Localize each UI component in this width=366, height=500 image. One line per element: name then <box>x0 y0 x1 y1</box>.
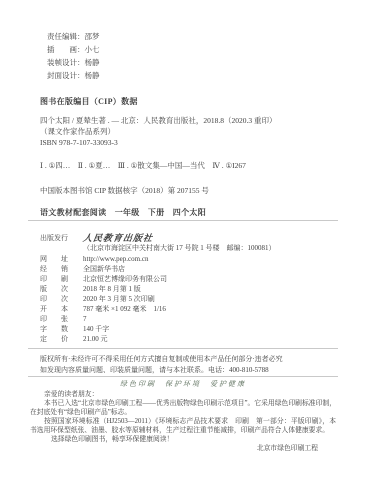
publication-value: 全国新华书店 <box>83 264 125 274</box>
green-printing-slogan: 绿色印刷 保护环境 爱护健康 <box>0 379 366 389</box>
publication-row-format: 开 本 787 毫米 ×1 092 毫米 1/16 <box>40 304 338 314</box>
divider <box>28 376 338 377</box>
publication-block: 出版发行 人民教育出版社 （北京市海淀区中关村南大街 17 号院 1 号楼 邮编… <box>40 233 338 344</box>
copyright-notice: 版权所有·未经许可不得采用任何方式擅自复制或使用本产品任何部分·违者必究 如发现… <box>40 354 336 376</box>
copyright-page: 责任编辑：邵梦 插 画：小七 装帧设计：杨静 封面设计：杨静 图书在版编目（CI… <box>0 0 366 500</box>
publication-value: 7 <box>83 314 87 324</box>
publication-label: 开 本 <box>40 304 74 314</box>
green-printing-notice: 亲爱的读者朋友： 本书已入选“北京市绿色印刷工程——优秀出版物绿色印刷示范项目”… <box>30 390 336 453</box>
publisher-logo: 人民教育出版社 <box>82 233 153 243</box>
publication-row-sheets: 印 张 7 <box>40 314 338 324</box>
publication-label: 网 址 <box>40 254 74 264</box>
notice-salutation: 亲爱的读者朋友： <box>30 390 336 399</box>
publication-label: 字 数 <box>40 324 74 334</box>
publication-value: 2020 年 3 月第 5 次印刷 <box>83 294 155 304</box>
notice-signature: 北京市绿色印刷工程 <box>30 444 336 453</box>
publication-row-wordcount: 字 数 140 千字 <box>40 324 338 334</box>
notice-paragraph-2: 按照国家环境标准（HJ2503—2011）《环境标志产品技术要求 印刷 第一部分… <box>30 417 336 435</box>
credit-line-illustrator: 插 画：小七 <box>47 43 100 56</box>
cip-block: 四个太阳 / 夏辇生著 . — 北京：人民教育出版社，2018.8（2020.3… <box>40 115 336 148</box>
publication-value: 北京恒艺博缘印务有限公司 <box>83 274 167 284</box>
cip-classification: Ⅰ . ①四… Ⅱ . ①夏… Ⅲ . ①散文集—中国—当代 Ⅳ . ①I267 <box>40 160 336 171</box>
publication-row-website: 网 址 http://www.pep.com.cn <box>40 254 338 264</box>
credit-line-cover-design: 封面设计：杨静 <box>47 69 100 82</box>
publication-row-edition: 版 次 2018 年 8 月第 1 版 <box>40 284 338 294</box>
copyright-line1: 版权所有·未经许可不得采用任何方式擅自复制或使用本产品任何部分·违者必究 <box>40 354 336 365</box>
publication-label: 印 刷 <box>40 274 74 284</box>
publisher-address: （北京市海淀区中关村南大街 17 号院 1 号楼 邮编：100081） <box>40 243 338 253</box>
publisher-website: http://www.pep.com.cn <box>83 254 148 264</box>
cip-record-number: 中国版本图书馆 CIP 数据核字（2018）第 207155 号 <box>40 185 336 196</box>
divider <box>28 348 338 349</box>
notice-closing: 选择绿色印刷图书，畅享环保健康阅读！ <box>30 435 336 444</box>
publication-label: 经 销 <box>40 264 74 274</box>
publication-label: 版 次 <box>40 284 74 294</box>
publication-value: 21.00 元 <box>83 334 108 344</box>
credit-line-editor: 责任编辑：邵梦 <box>47 30 100 43</box>
divider <box>28 220 338 221</box>
publication-label: 定 价 <box>40 334 74 344</box>
publication-value: 2018 年 8 月第 1 版 <box>83 284 141 294</box>
cip-heading: 图书在版编目（CIP）数据 <box>40 96 138 107</box>
publication-row-printer: 印 刷 北京恒艺博缘印务有限公司 <box>40 274 338 284</box>
credits-block: 责任编辑：邵梦 插 画：小七 装帧设计：杨静 封面设计：杨静 <box>47 30 100 82</box>
publication-row-distribution: 经 销 全国新华书店 <box>40 264 338 274</box>
publication-row-impression: 印 次 2020 年 3 月第 5 次印刷 <box>40 294 338 304</box>
publication-value: 140 千字 <box>83 324 109 334</box>
credit-line-book-design: 装帧设计：杨静 <box>47 56 100 69</box>
series-title: 语文教材配套阅读 一年级 下册 四个太阳 <box>40 207 336 218</box>
publication-label: 出版发行 <box>40 233 74 243</box>
cip-series-note: （课文作家作品系列） <box>40 126 336 137</box>
publication-value: 787 毫米 ×1 092 毫米 1/16 <box>83 304 166 314</box>
cip-isbn: ISBN 978-7-107-33093-3 <box>40 137 336 148</box>
copyright-line2: 如发现内容质量问题、印装质量问题，请与本社联系。电话：400-810-5788 <box>40 365 336 376</box>
publication-label: 印 张 <box>40 314 74 324</box>
publication-label: 印 次 <box>40 294 74 304</box>
cip-description: 四个太阳 / 夏辇生著 . — 北京：人民教育出版社，2018.8（2020.3… <box>40 115 336 126</box>
publication-row-price: 定 价 21.00 元 <box>40 334 338 344</box>
publication-row-publisher: 出版发行 人民教育出版社 <box>40 233 338 243</box>
notice-paragraph-1: 本书已入选“北京市绿色印刷工程——优秀出版物绿色印刷示范项目”。它采用绿色印刷标… <box>30 399 336 417</box>
